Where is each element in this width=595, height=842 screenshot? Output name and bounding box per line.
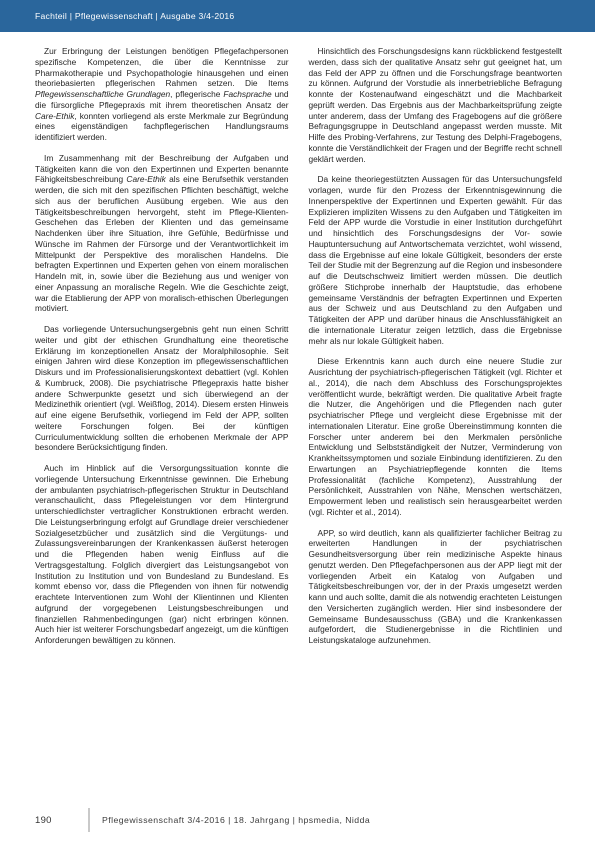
paragraph: APP, so wird deutlich, kann als qualifiz… xyxy=(309,528,563,646)
page-footer: 190 Pflegewissenschaft 3/4-2016 | 18. Ja… xyxy=(35,806,562,834)
footer-divider xyxy=(88,808,90,832)
paragraph: Auch im Hinblick auf die Versorgungssitu… xyxy=(35,463,289,646)
paragraph: Das vorliegende Untersuchungsergebnis ge… xyxy=(35,324,289,453)
column-left: Zur Erbringung der Leistungen benötigen … xyxy=(35,46,289,656)
document-page: Fachteil | Pflegewissenschaft | Ausgabe … xyxy=(0,0,595,842)
header-breadcrumb: Fachteil | Pflegewissenschaft | Ausgabe … xyxy=(0,11,234,21)
paragraph: Zur Erbringung der Leistungen benötigen … xyxy=(35,46,289,143)
header-bar: Fachteil | Pflegewissenschaft | Ausgabe … xyxy=(0,0,595,32)
column-right: Hinsichtlich des Forschungsdesigns kann … xyxy=(309,46,563,656)
article-body: Zur Erbringung der Leistungen benötigen … xyxy=(35,46,562,656)
paragraph: Hinsichtlich des Forschungsdesigns kann … xyxy=(309,46,563,164)
paragraph: Im Zusammenhang mit der Beschreibung der… xyxy=(35,153,289,314)
footer-journal-line: Pflegewissenschaft 3/4-2016 | 18. Jahrga… xyxy=(102,815,370,825)
page-number: 190 xyxy=(35,815,88,826)
paragraph: Da keine theoriegestützten Aussagen für … xyxy=(309,174,563,346)
paragraph: Diese Erkenntnis kann auch durch eine ne… xyxy=(309,356,563,517)
